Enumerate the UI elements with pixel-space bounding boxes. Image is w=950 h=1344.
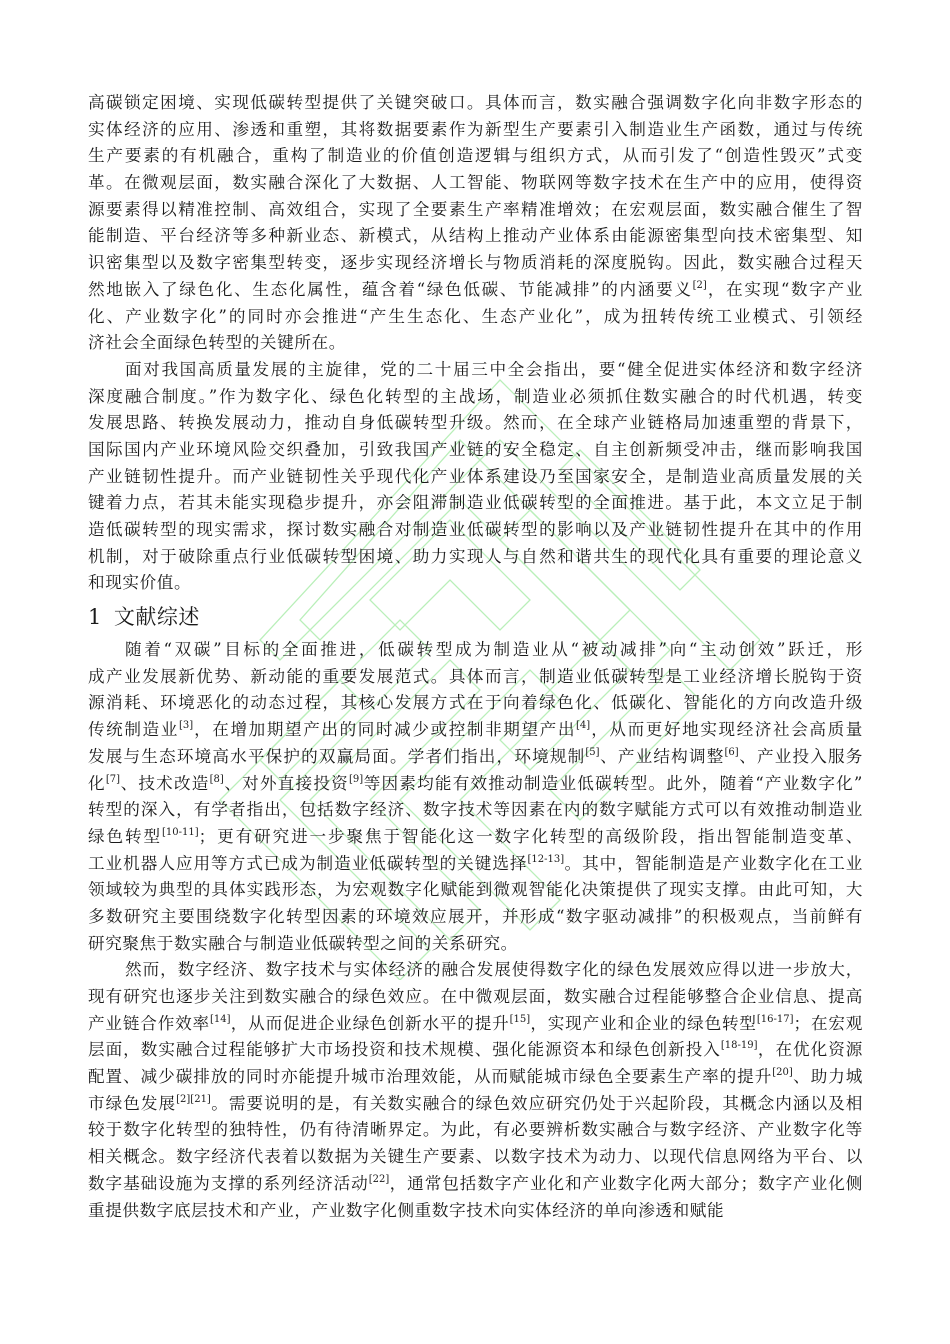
text-line: 相关概念。数字经济代表着以数据为关键生产要素、以数字技术为动力、以现代信息网络为… [88, 1144, 863, 1171]
text-line: 然而，数字经济、数字技术与实体经济的融合发展使得数字化的绿色发展效应得以进一步放… [88, 957, 863, 984]
citation-ref[interactable]: [7] [106, 774, 120, 785]
text-segment: 数字基础设施为支撑的系列经济活动 [88, 1174, 369, 1193]
text-line: 面对我国高质量发展的主旋律，党的二十届三中全会指出，要“健全促进实体经济和数字经… [88, 357, 863, 384]
text-line: 济社会全面绿色转型的关键所在。 [88, 330, 863, 357]
citation-ref[interactable]: [8] [210, 774, 224, 785]
document-body: 高碳锁定困境、实现低碳转型提供了关键突破口。具体而言，数实融合强调数字化向非数字… [88, 90, 863, 1224]
section-heading: 1文献综述 [88, 597, 863, 637]
text-line: 深度融合制度。”作为数字化、绿色化转型的主战场，制造业必须抓住数实融合的时代机遇… [88, 384, 863, 411]
text-line: 配置、减少碳排放的同时亦能提升城市治理效能，从而赋能城市绿色全要素生产率的提升[… [88, 1064, 863, 1091]
document-page: 高碳锁定困境、实现低碳转型提供了关键突破口。具体而言，数实融合强调数字化向非数字… [0, 0, 950, 1344]
text-line: 然地嵌入了绿色化、生态化属性，蕴含着“绿色低碳、节能减排”的内涵要义[2]，在实… [88, 277, 863, 304]
text-line: 键着力点，若其未能实现稳步提升，亦会阻滞制造业低碳转型的全面推进。基于此，本文立… [88, 490, 863, 517]
text-line: 产业链韧性提升。而产业链韧性关乎现代化产业体系建设乃至国家安全，是制造业高质量发… [88, 464, 863, 491]
text-line: 领域较为典型的具体实践形态，为宏观数字化赋能到微观智能化决策提供了现实支撑。由此… [88, 877, 863, 904]
text-line: 数字基础设施为支撑的系列经济活动[22]，通常包括数字产业化和产业数字化两大部分… [88, 1171, 863, 1198]
text-line: 能制造、平台经济等多种新业态、新模式，从结构上推动产业体系由能源密集型向技术密集… [88, 223, 863, 250]
citation-ref[interactable]: [16-17] [757, 1014, 794, 1025]
text-segment: 市绿色发展 [88, 1094, 176, 1113]
paragraph: 高碳锁定困境、实现低碳转型提供了关键突破口。具体而言，数实融合强调数字化向非数字… [88, 90, 863, 357]
text-segment: 产业链合作效率 [88, 1014, 210, 1033]
text-line: 发展思路、转换发展动力，推动自身低碳转型升级。然而，在全球产业链格局加速重塑的背… [88, 410, 863, 437]
text-line: 革。在微观层面，数实融合深化了大数据、人工智能、物联网等数字技术在生产中的应用，… [88, 170, 863, 197]
paragraph: 然而，数字经济、数字技术与实体经济的融合发展使得数字化的绿色发展效应得以进一步放… [88, 957, 863, 1224]
text-line: 多数研究主要围绕数字化转型因素的环境效应展开，并形成“数字驱动减排”的积极观点，… [88, 904, 863, 931]
citation-ref[interactable]: [3] [179, 720, 193, 731]
text-segment: ；在宏观 [794, 1014, 863, 1033]
text-segment: 、助力城 [793, 1067, 863, 1086]
text-line: 机制，对于破除重点行业低碳转型困境、助力实现人与自然和谐共生的现代化具有重要的理… [88, 544, 863, 571]
citation-ref[interactable]: [2] [693, 280, 707, 291]
text-line: 源消耗、环境恶化的动态过程，其核心发展方式在于向着绿色化、低碳化、智能化的方向改… [88, 690, 863, 717]
text-segment: 。其中，智能制造是产业数字化在工业 [564, 854, 863, 873]
text-segment: 、对外直接投资 [224, 774, 349, 793]
text-line: 实体经济的应用、渗透和重塑，其将数据要素作为新型生产要素引入制造业生产函数，通过… [88, 117, 863, 144]
text-line: 国际国内产业环境风险交织叠加，引致我国产业链的安全稳定、自主创新频受冲击，继而影… [88, 437, 863, 464]
text-line: 高碳锁定困境、实现低碳转型提供了关键突破口。具体而言，数实融合强调数字化向非数字… [88, 90, 863, 117]
text-line: 市绿色发展[2][21]。需要说明的是，有关数实融合的绿色效应研究仍处于兴起阶段… [88, 1091, 863, 1118]
section-number: 1 [88, 605, 102, 629]
citation-ref[interactable]: [20] [772, 1067, 793, 1078]
text-line: 重提供数字底层技术和产业，产业数字化侧重数字技术向实体经济的单向渗透和赋能 [88, 1198, 863, 1225]
text-segment: ，在实现“数字产业 [707, 280, 863, 299]
text-line: 和现实价值。 [88, 570, 863, 597]
text-segment: ，从而更好地实现经济社会高质量 [590, 720, 863, 739]
text-line: 生产要素的有机融合，重构了制造业的价值创造逻辑与组织方式，从而引发了“创造性毁灭… [88, 143, 863, 170]
citation-ref[interactable]: [6] [724, 747, 738, 758]
text-line: 化、产业数字化”的同时亦会推进“产生生态化、生态产业化”，成为扭转传统工业模式、… [88, 304, 863, 331]
text-line: 造低碳转型的现实需求，探讨数实融合对制造业低碳转型的影响以及产业链韧性提升在其中… [88, 517, 863, 544]
text-segment: 绿色转型 [88, 827, 162, 846]
text-segment: 配置、减少碳排放的同时亦能提升城市治理效能，从而赋能城市绿色全要素生产率的提升 [88, 1067, 772, 1086]
paragraph: 随着“双碳”目标的全面推进，低碳转型成为制造业从“被动减排”向“主动创效”跃迁，… [88, 637, 863, 957]
citation-ref[interactable]: [4] [576, 720, 590, 731]
text-segment: 传统制造业 [88, 720, 179, 739]
text-segment: 、产业结构调整 [600, 747, 725, 766]
citation-ref[interactable]: [14] [210, 1014, 231, 1025]
paragraph: 面对我国高质量发展的主旋律，党的二十届三中全会指出，要“健全促进实体经济和数字经… [88, 357, 863, 597]
text-line: 源要素得以精准控制、高效组合，实现了全要素生产率精准增效；在宏观层面，数实融合催… [88, 197, 863, 224]
text-segment: 、产业投入服务 [739, 747, 863, 766]
text-segment: 等因素均能有效推动制造业低碳转型。此外，随着“产业数字化” [363, 774, 863, 793]
text-line: 产业链合作效率[14]，从而促进企业绿色创新水平的提升[15]，实现产业和企业的… [88, 1011, 863, 1038]
citation-ref[interactable]: [9] [349, 774, 363, 785]
text-line: 化[7]、技术改造[8]、对外直接投资[9]等因素均能有效推动制造业低碳转型。此… [88, 771, 863, 798]
citation-ref[interactable]: [2][21] [176, 1094, 211, 1105]
section-title: 文献综述 [114, 605, 200, 629]
text-line: 较于数字化转型的独特性，仍有待清晰界定。为此，有必要辨析数实融合与数字经济、产业… [88, 1117, 863, 1144]
text-line: 工业机器人应用等方式已成为制造业低碳转型的关键选择[12-13]。其中，智能制造… [88, 851, 863, 878]
text-segment: ，在增加期望产出的同时减少或控制非期望产出 [193, 720, 576, 739]
citation-ref[interactable]: [12-13] [528, 854, 565, 865]
text-line: 识密集型以及数字密集型转变，逐步实现经济增长与物质消耗的深度脱钩。因此，数实融合… [88, 250, 863, 277]
text-segment: 层面，数实融合过程能够扩大市场投资和技术规模、强化能源资本和绿色创新投入 [88, 1040, 721, 1059]
text-segment: ，通常包括数字产业化和产业数字化两大部分；数字产业化侧 [389, 1174, 863, 1193]
citation-ref[interactable]: [10-11] [162, 827, 199, 838]
text-line: 现有研究也逐步关注到数实融合的绿色效应。在中微观层面，数实融合过程能够整合企业信… [88, 984, 863, 1011]
text-segment: 化 [88, 774, 106, 793]
text-line: 研究聚焦于数实融合与制造业低碳转型之间的关系研究。 [88, 931, 863, 958]
text-segment: ，从而促进企业绿色创新水平的提升 [231, 1014, 510, 1033]
text-line: 转型的深入，有学者指出，包括数字经济、数字技术等因素在内的数字赋能方式可以有效推… [88, 797, 863, 824]
text-segment: ，实现产业和企业的绿色转型 [530, 1014, 757, 1033]
text-line: 发展与生态环境高水平保护的双赢局面。学者们指出，环境规制[5]、产业结构调整[6… [88, 744, 863, 771]
text-segment: 发展与生态环境高水平保护的双赢局面。学者们指出，环境规制 [88, 747, 585, 766]
citation-ref[interactable]: [5] [585, 747, 599, 758]
text-segment: ；更有研究进一步聚焦于智能化这一数字化转型的高级阶段，指出智能制造变革、 [199, 827, 863, 846]
text-line: 随着“双碳”目标的全面推进，低碳转型成为制造业从“被动减排”向“主动创效”跃迁，… [88, 637, 863, 664]
text-line: 绿色转型[10-11]；更有研究进一步聚焦于智能化这一数字化转型的高级阶段，指出… [88, 824, 863, 851]
text-segment: 。需要说明的是，有关数实融合的绿色效应研究仍处于兴起阶段，其概念内涵以及相 [211, 1094, 863, 1113]
citation-ref[interactable]: [22] [369, 1174, 390, 1185]
text-segment: ，在优化资源 [758, 1040, 863, 1059]
citation-ref[interactable]: [18-19] [721, 1040, 758, 1051]
text-line: 层面，数实融合过程能够扩大市场投资和技术规模、强化能源资本和绿色创新投入[18-… [88, 1037, 863, 1064]
text-line: 成产业发展新优势、新动能的重要发展范式。具体而言，制造业低碳转型是工业经济增长脱… [88, 664, 863, 691]
text-segment: 工业机器人应用等方式已成为制造业低碳转型的关键选择 [88, 854, 528, 873]
text-segment: 、技术改造 [120, 774, 210, 793]
text-line: 传统制造业[3]，在增加期望产出的同时减少或控制非期望产出[4]，从而更好地实现… [88, 717, 863, 744]
citation-ref[interactable]: [15] [510, 1014, 531, 1025]
text-segment: 然地嵌入了绿色化、生态化属性，蕴含着“绿色低碳、节能减排”的内涵要义 [88, 280, 693, 299]
